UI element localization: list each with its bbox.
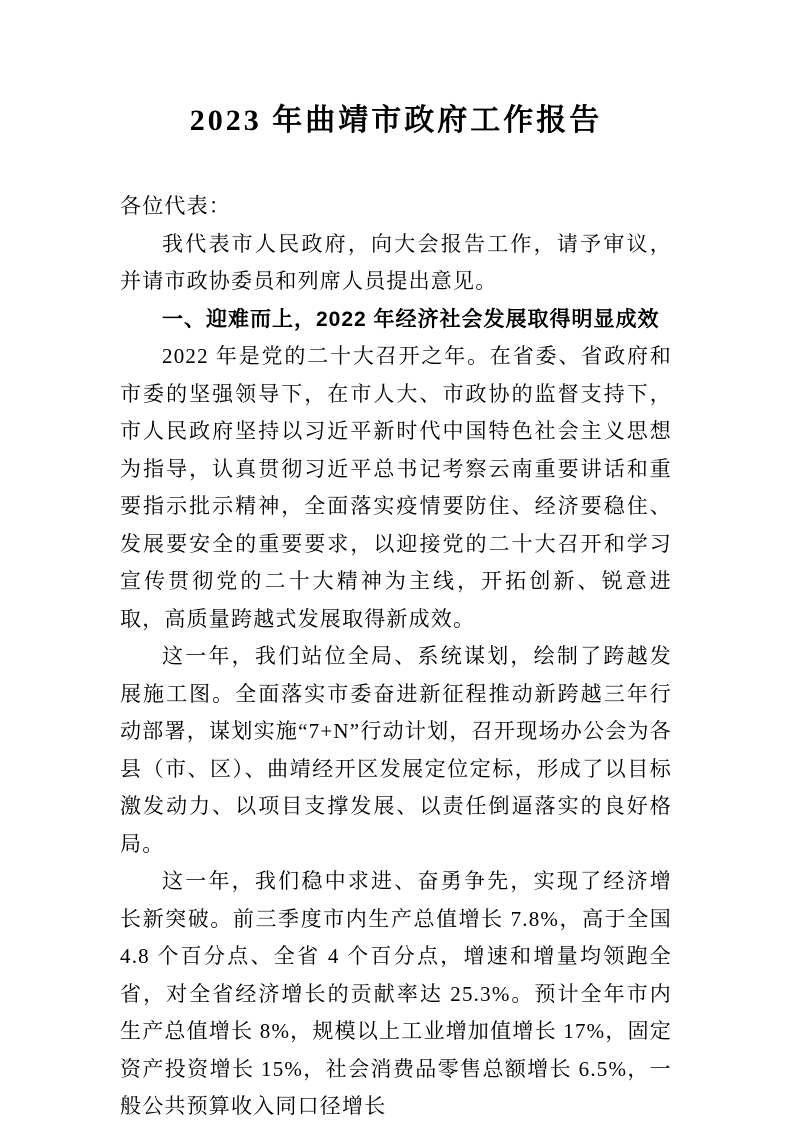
section-1-paragraph-2: 这一年，我们站位全局、系统谋划，绘制了跨越发展施工图。全面落实市委奋进新征程推动… xyxy=(120,638,672,863)
section-1-paragraph-3: 这一年，我们稳中求进、奋勇争先，实现了经济增长新突破。前三季度市内生产总值增长 … xyxy=(120,863,672,1122)
document-content: 2023 年曲靖市政府工作报告 各位代表： 我代表市人民政府，向大会报告工作，请… xyxy=(0,0,793,1122)
intro-paragraph: 我代表市人民政府，向大会报告工作，请予审议，并请市政协委员和列席人员提出意见。 xyxy=(120,226,672,301)
section-1-heading: 一、迎难而上，2022 年经济社会发展取得明显成效 xyxy=(120,301,672,339)
section-1-paragraph-1: 2022 年是党的二十大召开之年。在省委、省政府和市委的坚强领导下，在市人大、市… xyxy=(120,338,672,638)
document-body: 各位代表： 我代表市人民政府，向大会报告工作，请予审议，并请市政协委员和列席人员… xyxy=(120,188,672,1122)
document-page: 2023 年曲靖市政府工作报告 各位代表： 我代表市人民政府，向大会报告工作，请… xyxy=(0,0,793,1122)
document-title: 2023 年曲靖市政府工作报告 xyxy=(120,0,672,140)
salutation: 各位代表： xyxy=(120,188,672,226)
